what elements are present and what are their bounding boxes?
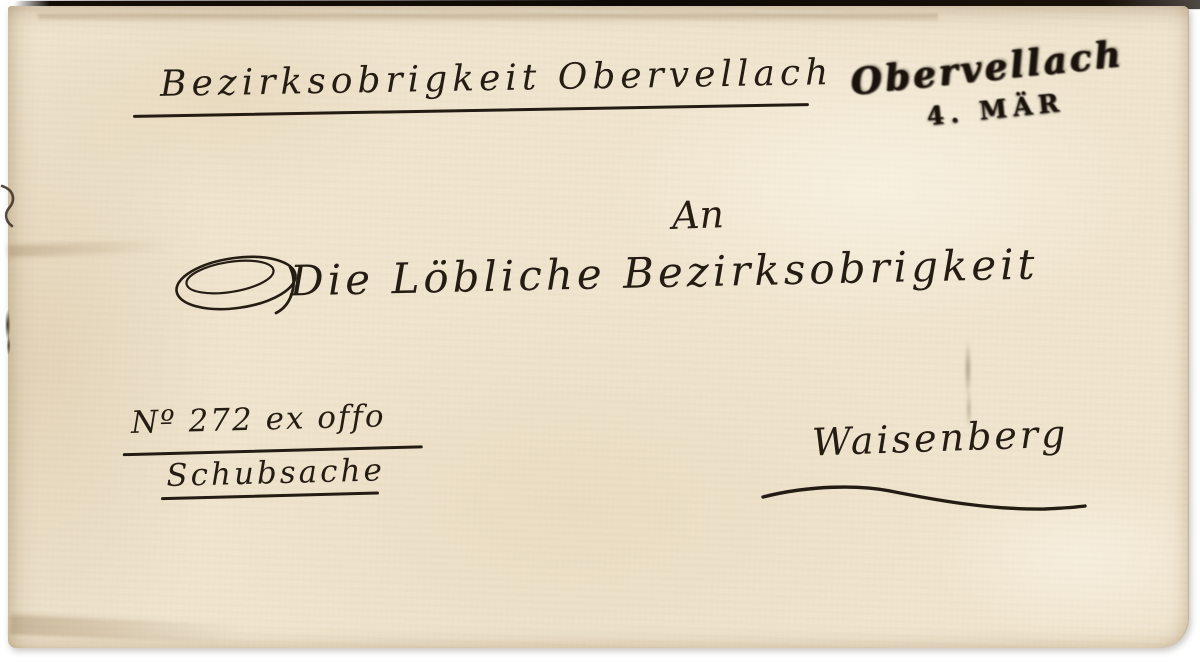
reference-subject-line: Schubsache [166,455,385,492]
postmark: Obervellach 4. MÄR [849,31,1158,162]
header-office-line: Bezirksobrigkeit Obervellach [160,55,834,103]
destination-underline-flourish [755,477,1095,519]
ink-bleed-mark [960,334,976,434]
fold-shadow-bottom-left [10,614,271,645]
binding-thread [0,182,20,230]
salutation-an: An [671,195,724,235]
destination-name: Waisenberg [811,415,1069,462]
fold-shadow-left [8,239,198,258]
initial-flourish [172,249,300,319]
header-underline [133,103,809,118]
left-edge-ink-mark [5,304,14,356]
letter-paper: Bezirksobrigkeit Obervellach Obervellach… [8,6,1189,648]
fold-shadow-top [38,14,938,22]
reference-number-line: Nº 272 ex offo [131,401,386,439]
reference-block: Nº 272 ex offo Schubsache [117,397,450,521]
addressee-line: Die Löbliche Bezirksobrigkeit [290,244,1039,303]
scan-background: Bezirksobrigkeit Obervellach Obervellach… [0,0,1200,662]
